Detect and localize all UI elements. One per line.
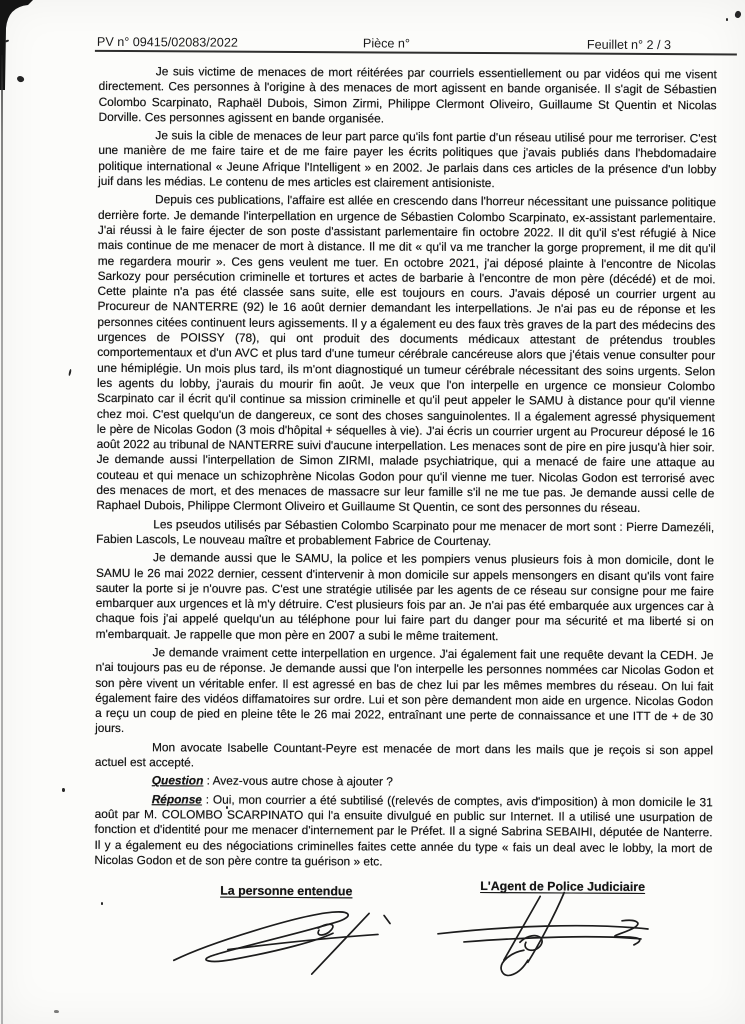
- scanned-document-page: PV n° 09415/02083/2022 Pièce n° Feuillet…: [0, 0, 745, 1024]
- response-line: Réponse : Oui, mon courrier a été subtil…: [94, 792, 712, 872]
- statement-paragraph: Je demande aussi que le SAMU, la police …: [96, 550, 715, 645]
- signature-police-officer: L'Agent de Police Judiciaire: [442, 879, 653, 983]
- question-label: Question: [152, 774, 204, 788]
- statement-paragraph: Je suis victime de menaces de mort réité…: [98, 64, 716, 129]
- signature-left-scribble: [170, 903, 392, 978]
- signature-right-label: L'Agent de Police Judiciaire: [480, 879, 652, 895]
- scan-speck: [54, 1010, 59, 1013]
- signature-right-scribble: [436, 890, 653, 983]
- question-text: : Avez-vous autre chose à ajouter ?: [203, 774, 393, 789]
- signature-left-label: La personne entendue: [220, 884, 392, 900]
- statement-paragraph: Mon avocate Isabelle Countant-Peyre est …: [95, 740, 713, 774]
- feuillet-number: Feuillet n° 2 / 3: [587, 38, 671, 52]
- scan-speck: [734, 10, 742, 19]
- scan-speck: [726, 18, 728, 21]
- statement-paragraph: Je suis la cible de menaces de leur part…: [98, 128, 716, 193]
- piece-number: Pièce n°: [363, 36, 410, 50]
- signature-block: La personne entendue L'Agent de Police J…: [94, 877, 713, 1010]
- document-header: PV n° 09415/02083/2022 Pièce n° Feuillet…: [95, 33, 737, 56]
- signature-person-heard: La personne entendue: [182, 884, 393, 978]
- pv-number: PV n° 09415/02083/2022: [97, 35, 238, 50]
- response-label: Réponse: [152, 792, 202, 806]
- question-line: Question : Avez-vous autre chose à ajout…: [95, 773, 713, 792]
- statement-paragraph: Je demande vraiment cette interpellation…: [95, 645, 714, 740]
- statement-paragraph: Les pseudos utilisés par Sébastien Colom…: [96, 516, 714, 550]
- statement-paragraph: Depuis ces publications, l'affaire est a…: [96, 192, 716, 517]
- statement-body: Je suis victime de menaces de mort réité…: [94, 64, 717, 1011]
